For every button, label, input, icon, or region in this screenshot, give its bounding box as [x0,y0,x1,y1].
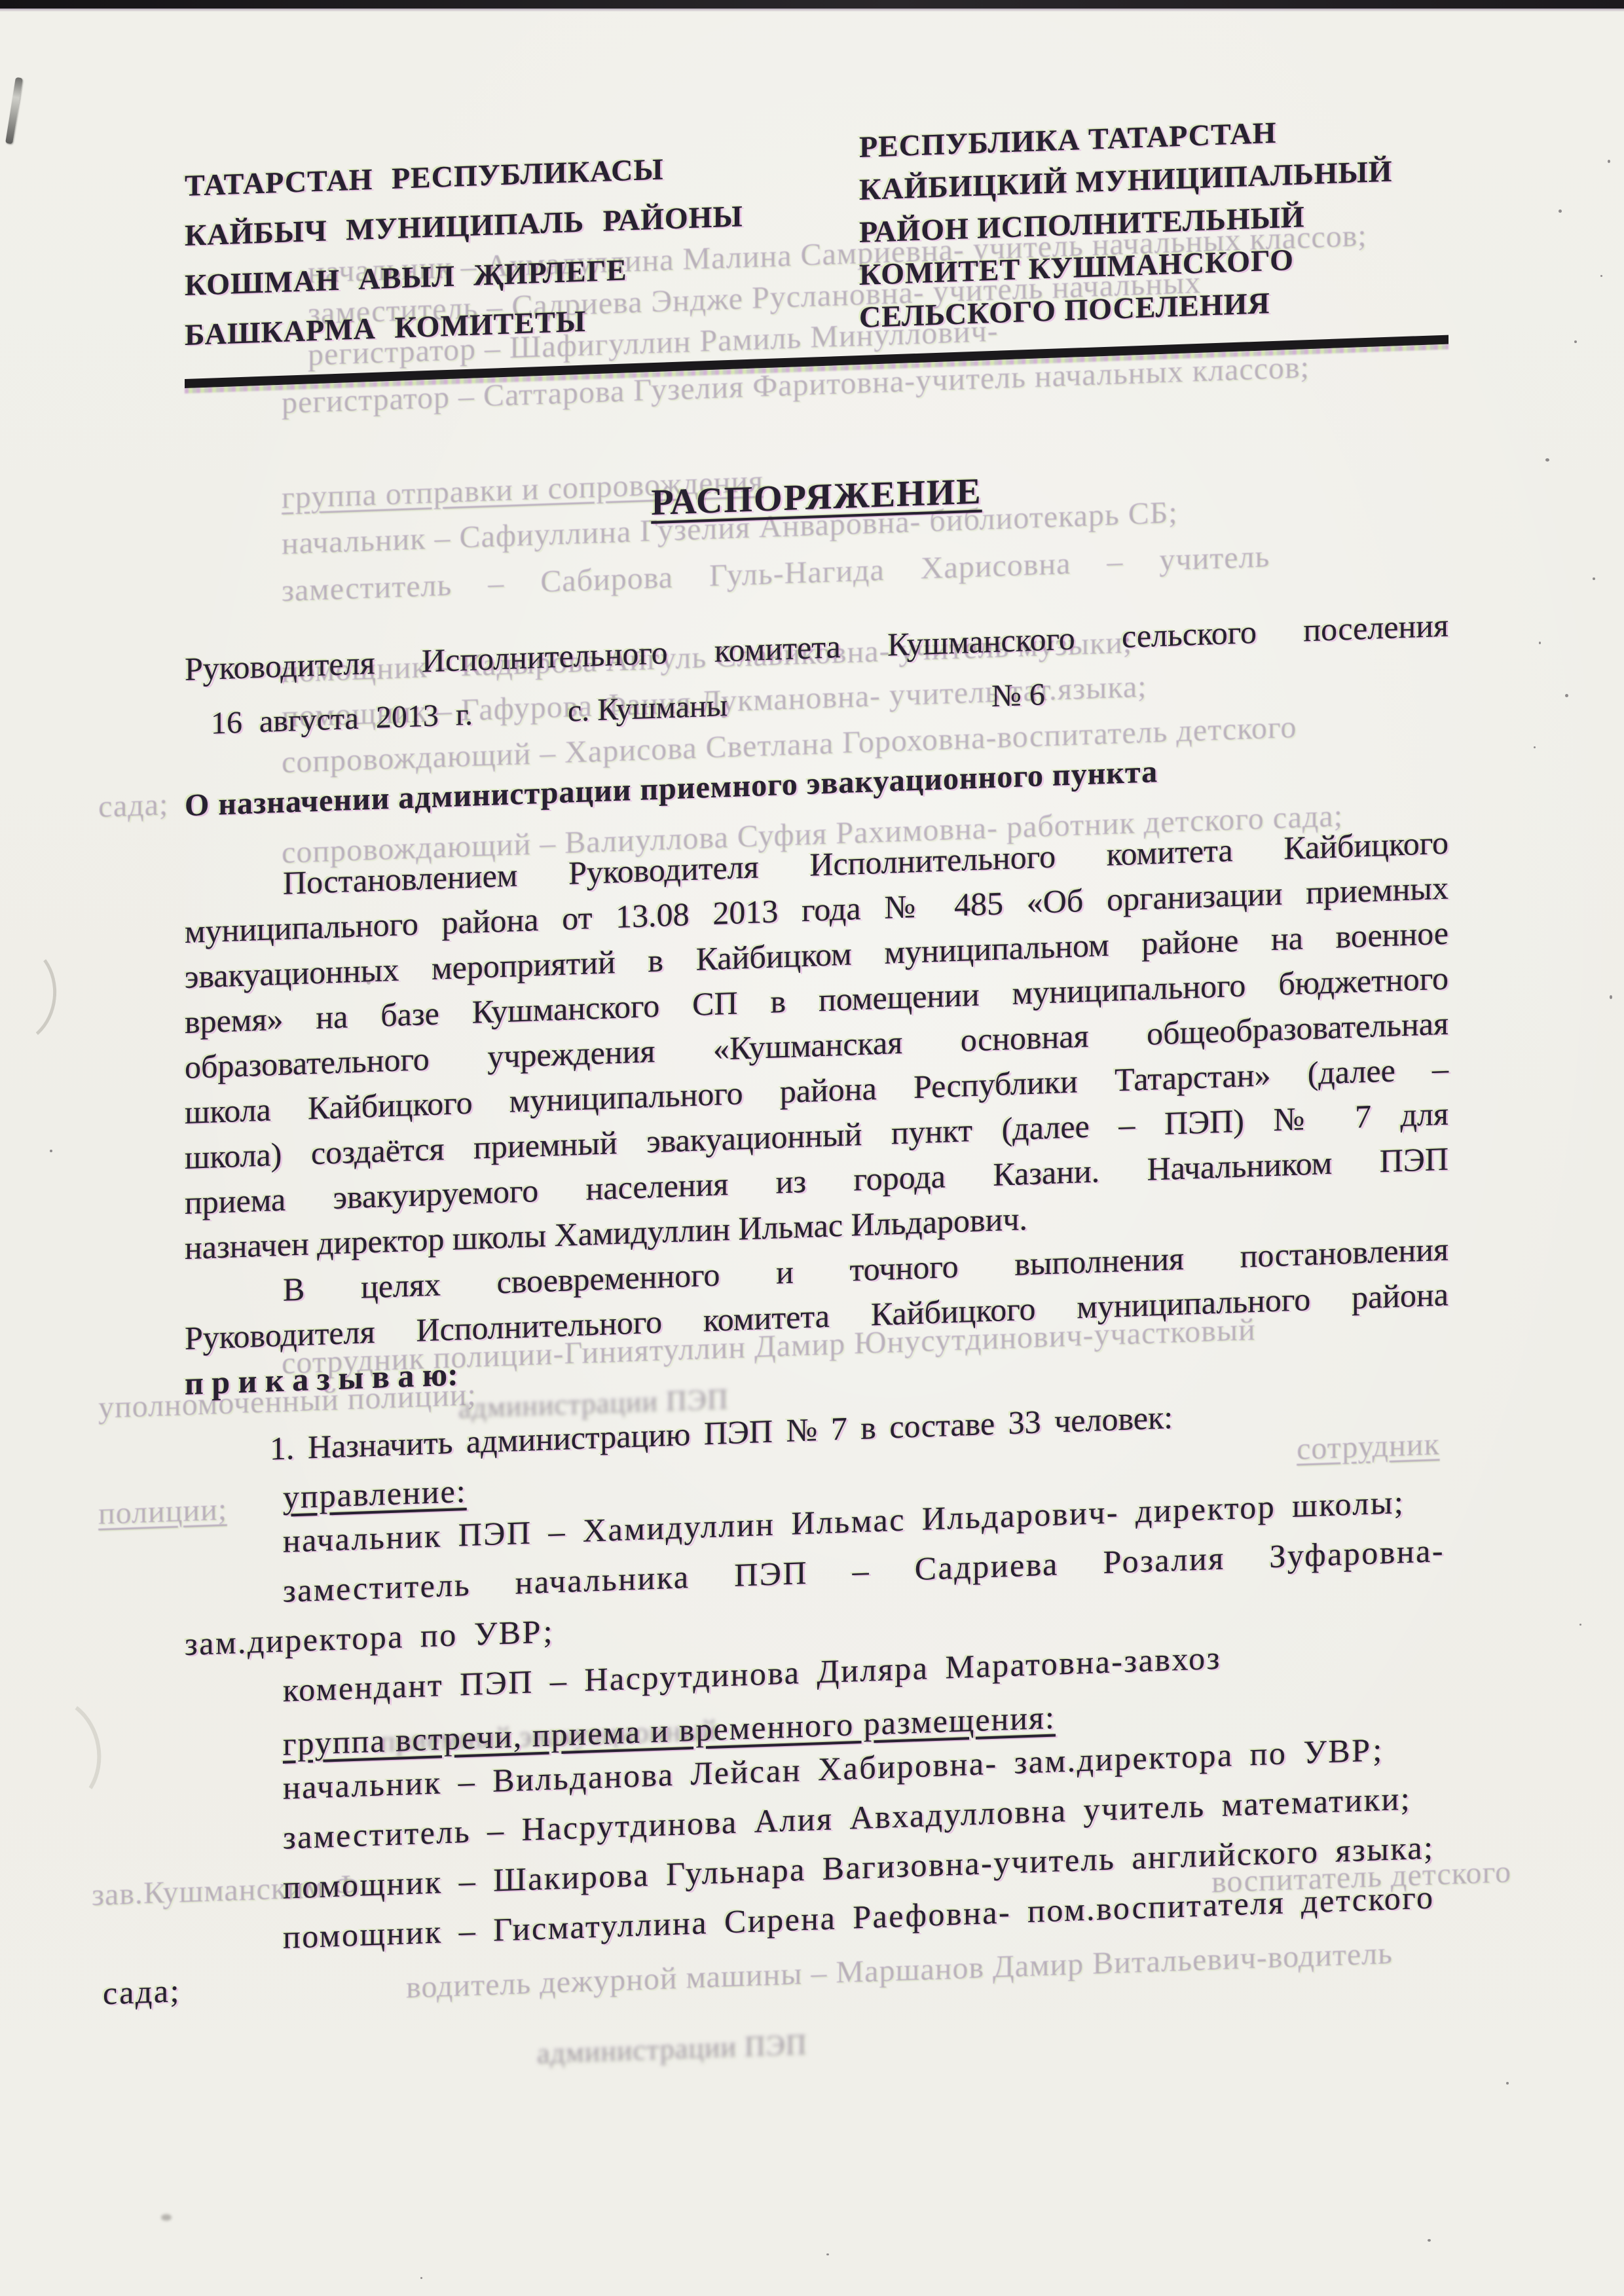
ink-blot [367,981,371,985]
scan-speckle [1559,210,1562,213]
scan-speckle [1608,160,1610,163]
letterhead: ТАТАРСТАН РЕСПУБЛИКАСЫ КАЙБЫЧ МУНИЦИПАЛЬ… [185,105,1449,362]
scan-speckle [420,2277,422,2279]
scan-speckle [1600,275,1602,277]
scan-speckle [1610,995,1612,999]
document-date: 16 августа 2013 г. [211,697,473,749]
letterhead-tatar: ТАТАРСТАН РЕСПУБЛИКАСЫ КАЙБЫЧ МУНИЦИПАЛЬ… [185,128,794,362]
document-number: № 6 [991,676,1045,714]
scan-speckle [50,1150,52,1152]
scan-speckle [1539,642,1541,644]
scan-speckle [1534,746,1536,748]
paragraph-1: Постановлением Руководителя Исполнительн… [185,820,1449,1406]
subject-line: О назначении администрации приемного эва… [185,744,1449,824]
scanner-edge-strip [0,0,1624,9]
document-place: с. Кушманы [568,687,728,729]
staple-icon [5,77,23,144]
document-content: ТАТАРСТАН РЕСПУБЛИКАСЫ КАЙБЫЧ МУНИЦИПАЛЬ… [185,105,1449,2015]
document-title: РАСПОРЯЖЕНИЕ [185,454,1449,540]
scan-speckle [1428,2239,1431,2242]
reception-group-list: начальник – Вильданова Лейсан Хабировна-… [185,1722,1449,2015]
scan-speckle [1579,1624,1581,1626]
ghost-smudge: администрации ПЭП [537,2028,807,2070]
scan-speckle [1574,340,1577,343]
scan-speckle [826,2253,829,2255]
smudge-arc [0,937,62,1051]
scan-speckle [1565,694,1568,697]
letterhead-russian: РЕСПУБЛИКА ТАТАРСТАН КАЙБИЦКИЙ МУНИЦИПАЛ… [859,105,1449,338]
ghost-line: сада; [98,786,168,825]
scanned-document-page: начальник – Ахмадуллина Малина Самриевна… [0,0,1624,2296]
ink-blot [161,2214,172,2221]
scan-speckle [1545,458,1549,462]
smudge-arc [0,1688,110,1819]
scan-speckle [1506,2082,1509,2085]
scan-speckle [1593,577,1595,580]
